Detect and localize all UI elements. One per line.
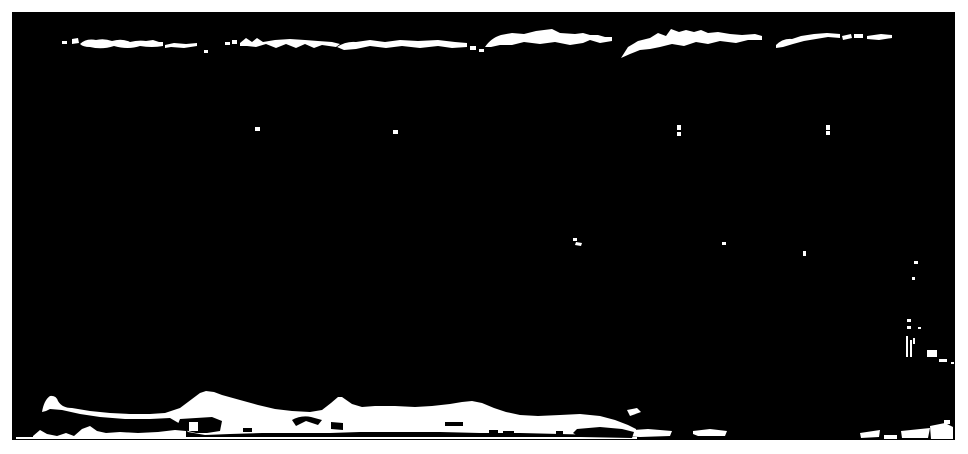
terrain-baseline bbox=[16, 437, 637, 439]
right-speck-1 bbox=[914, 261, 918, 264]
terrain-dark-dot bbox=[556, 431, 563, 437]
binarized-photo bbox=[0, 0, 968, 454]
mid-speck-3 bbox=[803, 251, 806, 256]
terrain-dark-notch-2 bbox=[243, 428, 252, 432]
light-dot-1 bbox=[255, 127, 260, 131]
page bbox=[0, 0, 968, 454]
light-dot-pair-2 bbox=[826, 125, 830, 135]
light-dot-2 bbox=[393, 130, 398, 134]
photo-frame bbox=[12, 12, 955, 440]
terrain-dark-dash-1 bbox=[445, 422, 463, 426]
streak-band-1 bbox=[80, 39, 163, 48]
terrain-dark-notch-3 bbox=[331, 422, 343, 430]
right-speck-2 bbox=[912, 277, 915, 280]
mid-speck-2 bbox=[722, 242, 726, 245]
streak-dot-1 bbox=[204, 50, 208, 53]
right-block bbox=[927, 350, 937, 357]
terrain-inner-square bbox=[189, 422, 198, 431]
